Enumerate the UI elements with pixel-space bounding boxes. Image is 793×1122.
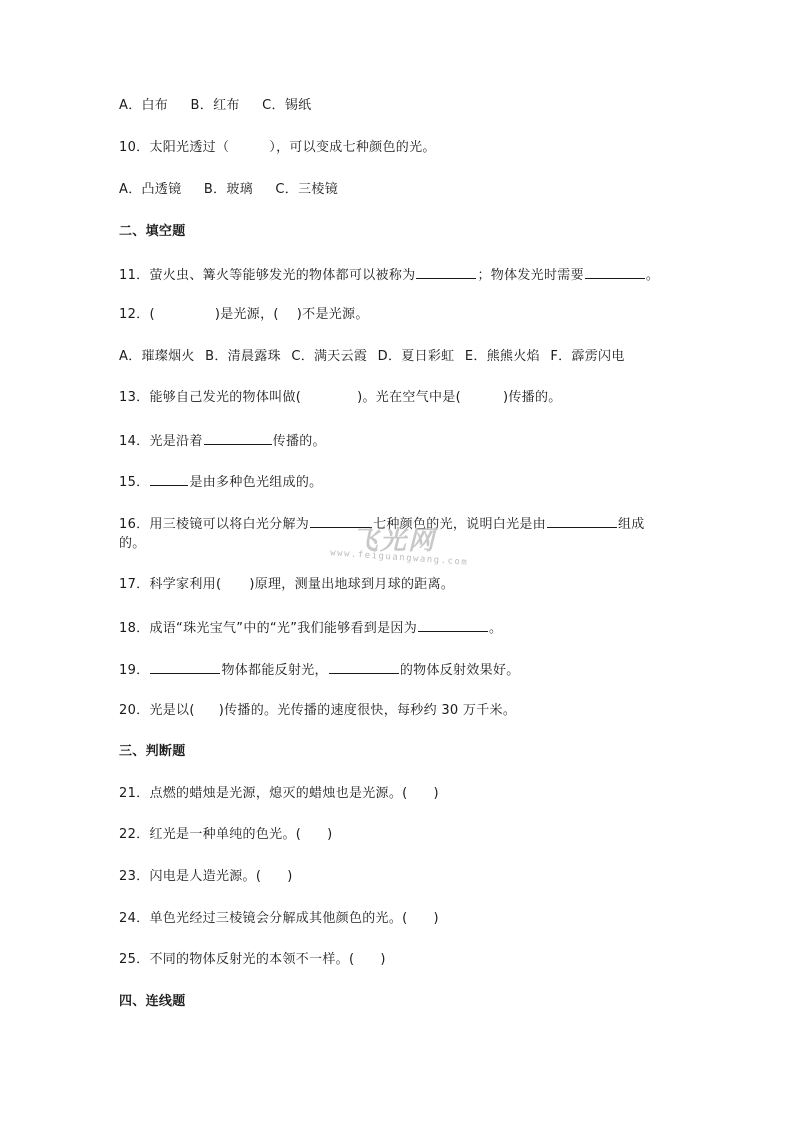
- section-title-true-false: 三、判断题: [119, 743, 186, 761]
- option-c: C．满天云霞: [291, 349, 367, 364]
- option-a: A．璀璨烟火: [119, 349, 195, 364]
- answer-blank[interactable]: [150, 660, 220, 674]
- answer-blank[interactable]: [547, 514, 617, 528]
- answer-blank[interactable]: [416, 265, 476, 279]
- question-19: 19．物体都能反射光，的物体反射效果好。: [119, 660, 520, 680]
- option-b: B．红布: [191, 98, 240, 113]
- option-b: B．清晨露珠: [205, 349, 281, 364]
- answer-blank[interactable]: [150, 472, 188, 486]
- question-18: 18．成语“珠光宝气”中的“光”我们能够看到是因为。: [119, 618, 502, 638]
- question-24: 24．单色光经过三棱镜会分解成其他颜色的光。(): [119, 910, 439, 928]
- question-13: 13．能够自己发光的物体叫做()。光在空气中是()传播的。: [119, 389, 562, 407]
- question-12: 12．()是光源，()不是光源。: [119, 306, 369, 324]
- section-title-matching: 四、连线题: [119, 993, 186, 1011]
- option-c: C．三棱镜: [275, 182, 338, 197]
- question-21: 21．点燃的蜡烛是光源，熄灭的蜡烛也是光源。(): [119, 785, 439, 803]
- question-16-continuation: 的。: [119, 535, 146, 553]
- q12-options: A．璀璨烟火 B．清晨露珠 C．满天云霞 D．夏日彩虹 E．熊熊火焰 F．霹雳闪…: [119, 348, 631, 366]
- question-11: 11．萤火虫、篝火等能够发光的物体都可以被称为；物体发光时需要。: [119, 265, 659, 285]
- option-b: B．玻璃: [204, 182, 253, 197]
- question-17: 17．科学家利用()原理，测量出地球到月球的距离。: [119, 576, 454, 594]
- question-10: 10．太阳光透过（），可以变成七种颜色的光。: [119, 139, 436, 157]
- answer-blank[interactable]: [418, 618, 488, 632]
- answer-blank[interactable]: [329, 660, 399, 674]
- question-23: 23．闪电是人造光源。(): [119, 868, 293, 886]
- option-c: C．锡纸: [262, 98, 311, 113]
- answer-blank[interactable]: [310, 514, 372, 528]
- question-14: 14．光是沿着传播的。: [119, 431, 326, 451]
- option-a: A．凸透镜: [119, 182, 181, 197]
- q10-options: A．凸透镜 B．玻璃 C．三棱镜: [119, 181, 356, 199]
- question-20: 20．光是以()传播的。光传播的速度很快，每秒约 30 万千米。: [119, 702, 516, 720]
- question-25: 25．不同的物体反射光的本领不一样。(): [119, 951, 386, 969]
- question-16: 16．用三棱镜可以将白光分解为七种颜色的光，说明白光是由组成: [119, 514, 675, 534]
- question-15: 15．是由多种色光组成的。: [119, 472, 322, 492]
- question-22: 22．红光是一种单纯的色光。(): [119, 826, 333, 844]
- answer-blank[interactable]: [585, 265, 645, 279]
- option-a: A．白布: [119, 98, 168, 113]
- watermark-url: www.feiguangwang.com: [330, 548, 469, 568]
- option-d: D．夏日彩虹: [378, 349, 455, 364]
- answer-blank[interactable]: [204, 431, 272, 445]
- section-title-fill-in: 二、填空题: [119, 223, 186, 241]
- option-f: F．霹雳闪电: [550, 349, 624, 364]
- option-e: E．熊熊火焰: [465, 349, 540, 364]
- q9-options: A．白布 B．红布 C．锡纸: [119, 97, 329, 115]
